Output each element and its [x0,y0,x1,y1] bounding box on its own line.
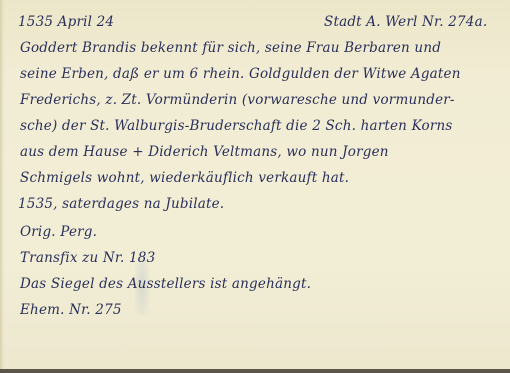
archive-reference: Stadt A. Werl Nr. 274a. [324,14,487,30]
note-seal: Das Siegel des Ausstellers ist angehängt… [20,276,311,292]
archive-index-card: 1535 April 24 Stadt A. Werl Nr. 274a. Go… [0,0,510,373]
body-line-1: Goddert Brandis bekennt für sich, seine … [20,40,441,56]
body-line-5: aus dem Hause + Diderich Veltmans, wo nu… [20,144,389,160]
note-transfix: Transfix zu Nr. 183 [20,250,155,266]
body-line-3: Frederichs, z. Zt. Vormünderin (vorwares… [20,92,455,108]
note-original: Orig. Perg. [20,224,97,240]
record-date: 1535 April 24 [18,14,114,30]
note-former-number: Ehem. Nr. 275 [20,302,122,318]
body-line-2: seine Erben, daß er um 6 rhein. Goldguld… [20,66,461,82]
body-line-4: sche) der St. Walburgis-Bruderschaft die… [20,118,453,134]
dating-clause: 1535, saterdages na Jubilate. [18,196,224,212]
body-line-6: Schmigels wohnt, wiederkäuflich verkauft… [20,170,349,186]
